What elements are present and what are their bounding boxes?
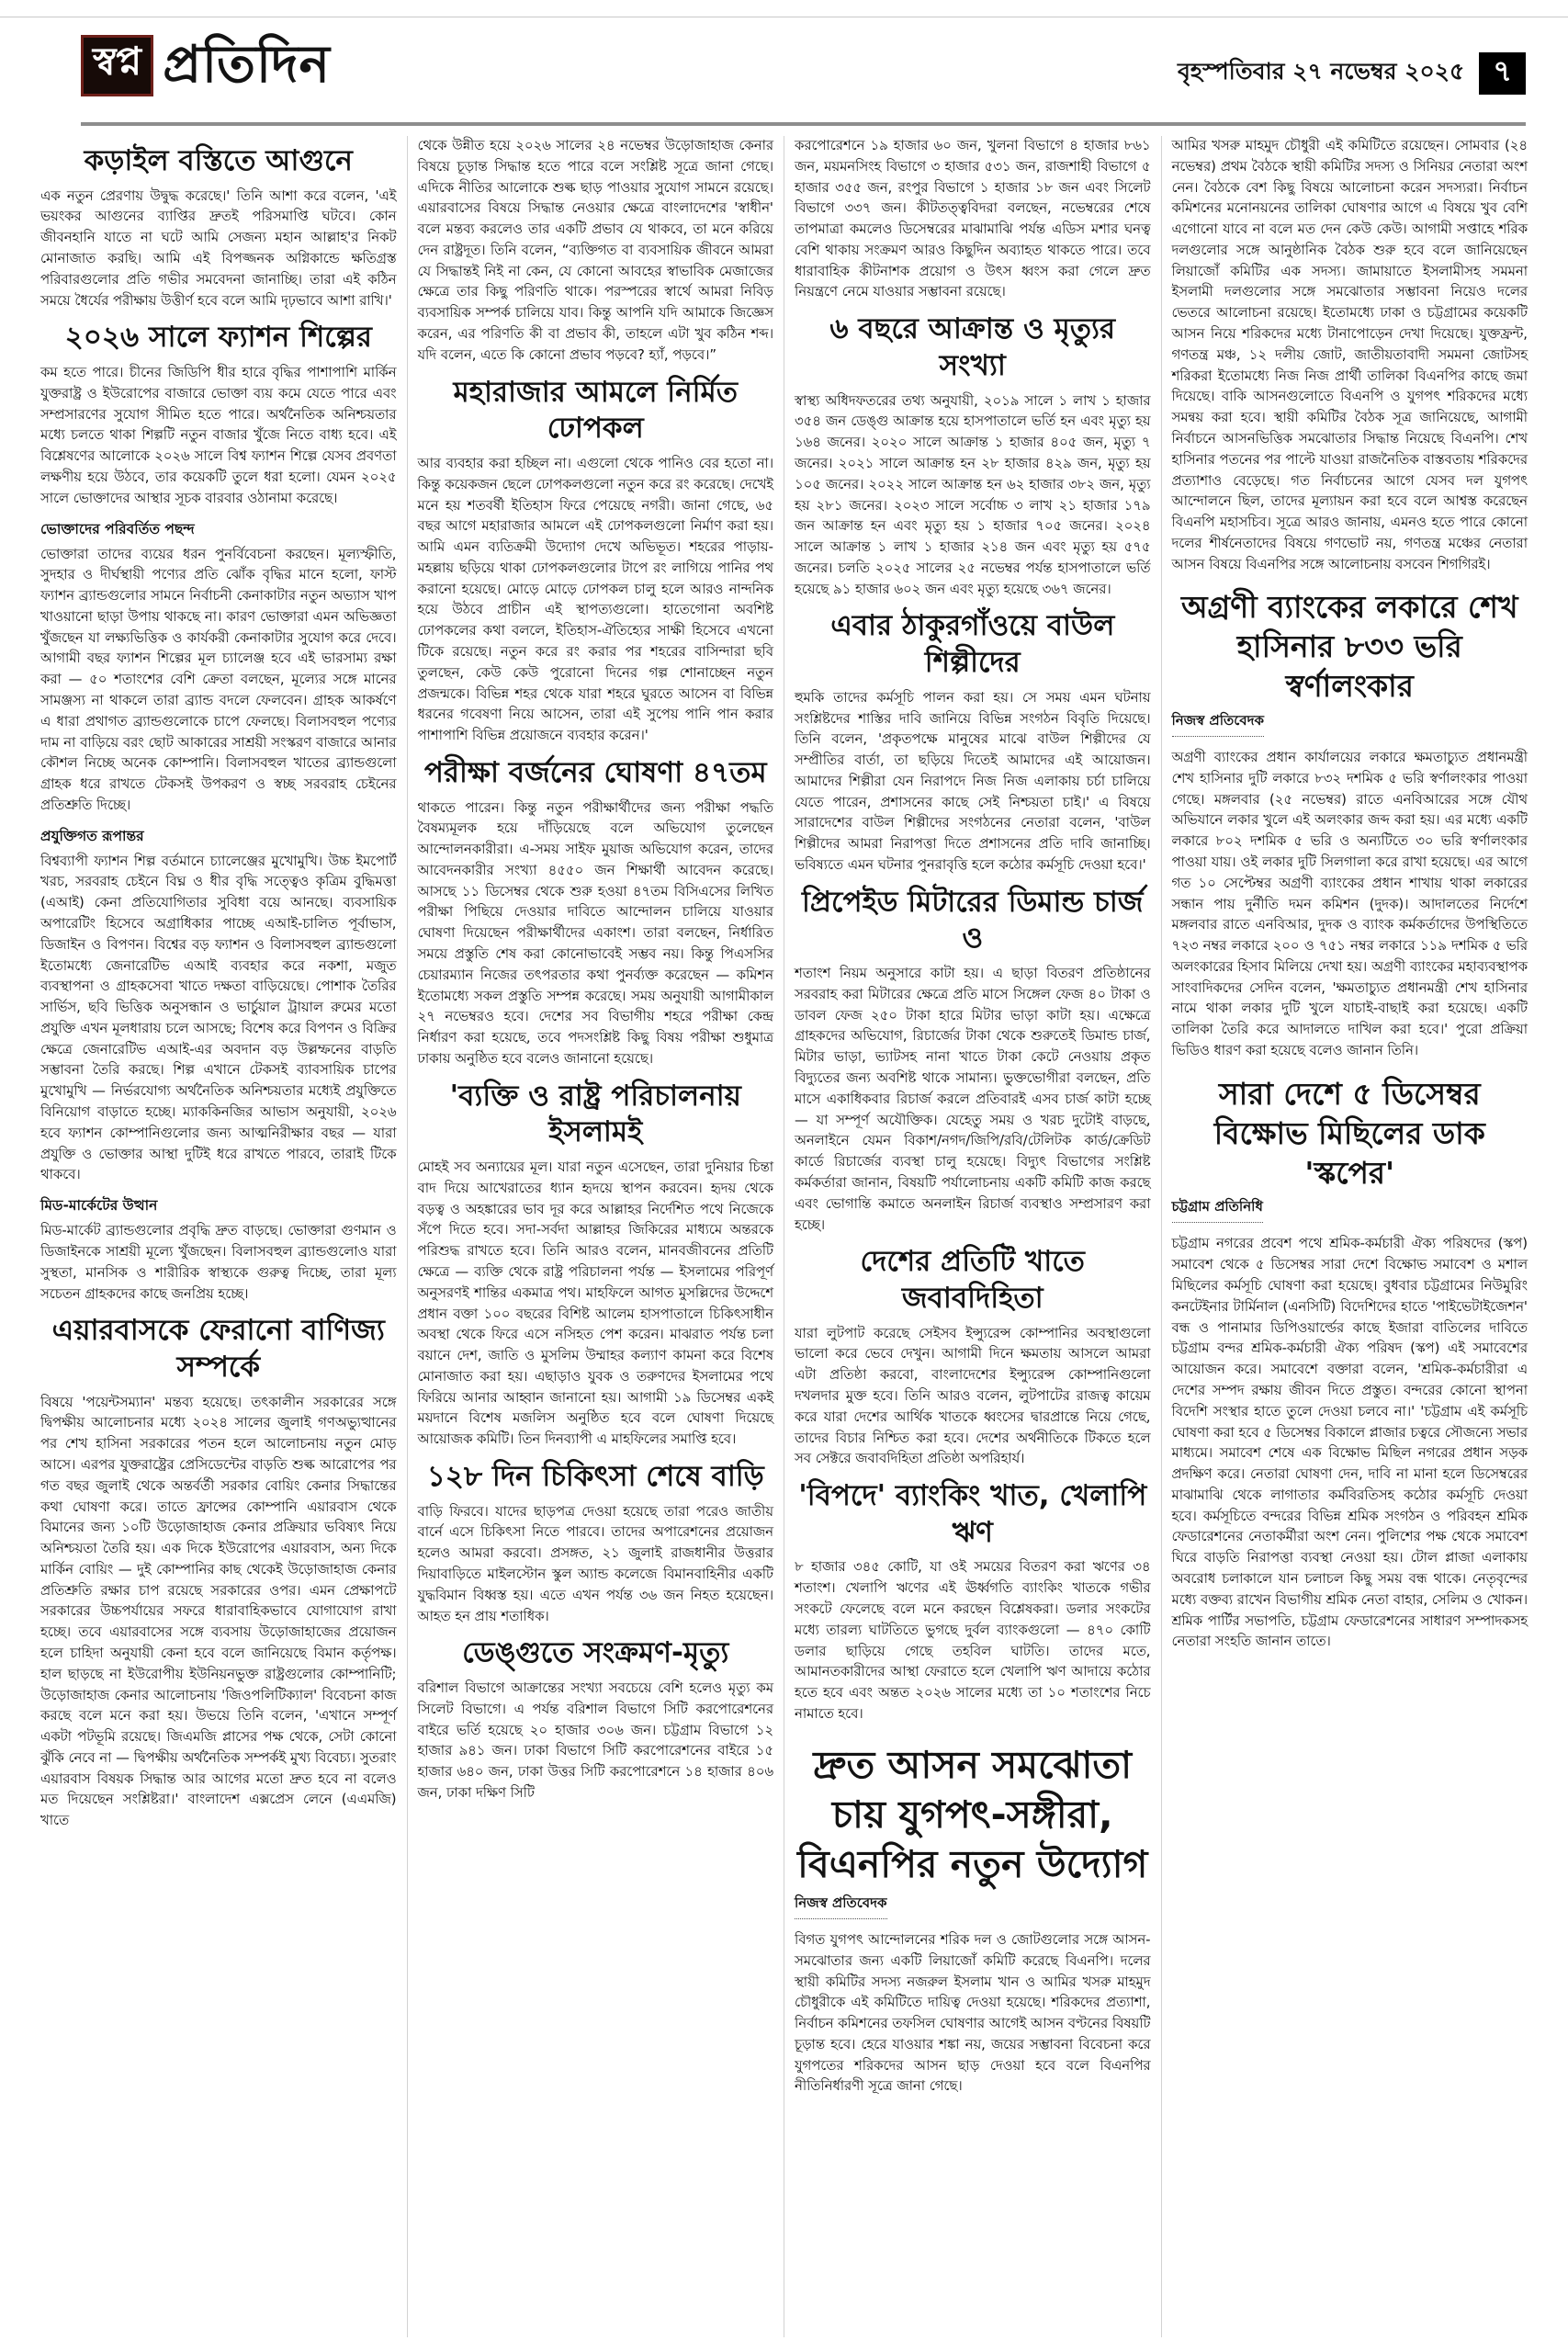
- body-paragraph: থাকতে পারেন। কিন্তু নতুন পরীক্ষার্থীদের …: [418, 798, 774, 1070]
- body-paragraph: বিষয়ে 'পয়েন্টসম্যান' মন্তব্য হয়েছে। ত…: [40, 1393, 397, 1832]
- page-number: ৭: [1479, 52, 1526, 95]
- dateline: বৃহস্পতিবার ২৭ নভেম্বর ২০২৫ ৭: [1178, 52, 1526, 96]
- headline: মহারাজার আমলে নির্মিত ঢোপকল: [418, 375, 774, 447]
- headline: পরীক্ষা বর্জনের ঘোষণা ৪৭তম: [418, 755, 774, 792]
- body-paragraph: করপোরেশনে ১৯ হাজার ৬০ জন, খুলনা বিভাগে ৪…: [795, 136, 1151, 303]
- body-paragraph: ৮ হাজার ৩৪৫ কোটি, যা ওই সময়ের বিতরণ করা…: [795, 1557, 1151, 1724]
- headline-medium: সারা দেশে ৫ ডিসেম্বর বিক্ষোভ মিছিলের ডাক…: [1172, 1075, 1529, 1193]
- headline: ডেঙ্গুতে সংক্রমণ-মৃত্যু: [418, 1635, 774, 1672]
- headline: ৬ বছরে আক্রান্ত ও মৃত্যুর সংখ্যা: [795, 311, 1151, 384]
- body-paragraph: মোহই সব অন্যায়ের মূল। যারা নতুন এসেছেন,…: [418, 1158, 774, 1451]
- body-paragraph: আমির খসরু মাহমুদ চৌধুরী এই কমিটিতে রয়েছ…: [1172, 136, 1529, 575]
- byline: চট্টগ্রাম প্রতিনিধি: [1172, 1196, 1263, 1223]
- column-1: কড়াইল বস্তিতে আগুনেএক নতুন প্রেরণায় উদ…: [39, 136, 407, 2337]
- body-paragraph: বিশ্বব্যাপী ফ্যাশন শিল্প বর্তমানে চ্যালে…: [40, 852, 397, 1187]
- date-text: বৃহস্পতিবার ২৭ নভেম্বর ২০২৫: [1178, 53, 1464, 93]
- newspaper-page: স্বপ্ন প্রতিদিন বৃহস্পতিবার ২৭ নভেম্বর ২…: [0, 0, 1568, 2352]
- body-paragraph: যারা লুটপাট করেছে সেইসব ইন্স্যুরেন্স কোম…: [795, 1324, 1151, 1470]
- body-paragraph: বিগত যুগপৎ আন্দোলনের শরিক দল ও জোটগুলোর …: [795, 1930, 1151, 2098]
- headline: এবার ঠাকুরগাঁওয়ে বাউল শিল্পীদের: [795, 608, 1151, 681]
- body-paragraph: আর ব্যবহার করা হচ্ছিল না। এগুলো থেকে পান…: [418, 454, 774, 747]
- headline: প্রিপেইড মিটারের ডিমান্ড চার্জ ও: [795, 885, 1151, 957]
- body-paragraph: বাড়ি ফিরবে। যাদের ছাড়পত্র দেওয়া হয়েছ…: [418, 1502, 774, 1628]
- byline: নিজস্ব প্রতিবেদক: [1172, 710, 1265, 737]
- headline-large: দ্রুত আসন সমঝোতা চায় যুগপৎ-সঙ্গীরা, বিএ…: [795, 1740, 1151, 1889]
- body-paragraph: শতাংশ নিয়ম অনুসারে কাটা হয়। এ ছাড়া বি…: [795, 964, 1151, 1236]
- column-2: থেকে উন্নীত হয়ে ২০২৬ সালের ২৪ নভেম্বর উ…: [407, 136, 784, 2337]
- body-paragraph: ভোক্তারা তাদের ব্যয়ের ধরন পুনর্বিবেচনা …: [40, 545, 397, 817]
- body-paragraph: স্বাস্থ্য অধিদফতরের তথ্য অনুযায়ী, ২০১৯ …: [795, 391, 1151, 601]
- masthead: স্বপ্ন প্রতিদিন বৃহস্পতিবার ২৭ নভেম্বর ২…: [81, 35, 1526, 96]
- body-paragraph: বরিশাল বিভাগে আক্রান্তের সংখ্যা সবচেয়ে …: [418, 1679, 774, 1804]
- subhead: ভোক্তাদের পরিবর্তিত পছন্দ: [40, 518, 397, 542]
- newspaper-logo: স্বপ্ন প্রতিদিন: [81, 35, 331, 96]
- column-3: করপোরেশনে ১৯ হাজার ৬০ জন, খুলনা বিভাগে ৪…: [784, 136, 1161, 2337]
- headline: ১২৮ দিন চিকিৎসা শেষে বাড়ি: [418, 1459, 774, 1496]
- byline: নিজস্ব প্রতিবেদক: [795, 1893, 887, 1919]
- body-paragraph: অগ্রণী ব্যাংকের প্রধান কার্যালয়ের লকারে…: [1172, 748, 1529, 1062]
- column-4: আমির খসরু মাহমুদ চৌধুরী এই কমিটিতে রয়েছ…: [1161, 136, 1530, 2337]
- logo-box-text: স্বপ্ন: [81, 35, 153, 96]
- top-hairline: [0, 17, 1568, 17]
- headline: কড়াইল বস্তিতে আগুনে: [40, 143, 397, 180]
- body-paragraph: মিড-মার্কেট ব্র্যান্ডগুলোর প্রবৃদ্ধি দ্র…: [40, 1221, 397, 1305]
- body-paragraph: থেকে উন্নীত হয়ে ২০২৬ সালের ২৪ নভেম্বর উ…: [418, 136, 774, 367]
- body-paragraph: এক নতুন প্রেরণায় উদ্বুদ্ধ করেছে।' তিনি …: [40, 187, 397, 312]
- body-paragraph: হুমকি তাদের কর্মসূচি পালন করা হয়। সে সম…: [795, 688, 1151, 876]
- headline-medium: অগ্রণী ব্যাংকের লকারে শেখ হাসিনার ৮৩৩ ভর…: [1172, 588, 1529, 707]
- masthead-rule: [81, 122, 1526, 126]
- headline: ২০২৬ সালে ফ্যাশন শিল্পের: [40, 320, 397, 356]
- body-paragraph: চট্টগ্রাম নগরের প্রবেশ পথে শ্রমিক-কর্মচা…: [1172, 1234, 1529, 1653]
- subhead: প্রযুক্তিগত রূপান্তর: [40, 825, 397, 849]
- headline: 'বিপদে' ব্যাংকিং খাত, খেলাপি ঋণ: [795, 1478, 1151, 1551]
- logo-main-text: প্রতিদিন: [163, 40, 331, 91]
- body-paragraph: কম হতে পারে। চীনের জিডিপি ধীর হারে বৃদ্ধ…: [40, 363, 397, 509]
- columns: কড়াইল বস্তিতে আগুনেএক নতুন প্রেরণায় উদ…: [39, 136, 1529, 2337]
- headline: দেশের প্রতিটি খাতে জবাবদিহিতা: [795, 1244, 1151, 1317]
- headline: 'ব্যক্তি ও রাষ্ট্র পরিচালনায় ইসলামই: [418, 1079, 774, 1151]
- headline: এয়ারবাসকে ফেরানো বাণিজ্য সম্পর্কে: [40, 1313, 397, 1385]
- subhead: মিড-মার্কেটের উত্থান: [40, 1194, 397, 1218]
